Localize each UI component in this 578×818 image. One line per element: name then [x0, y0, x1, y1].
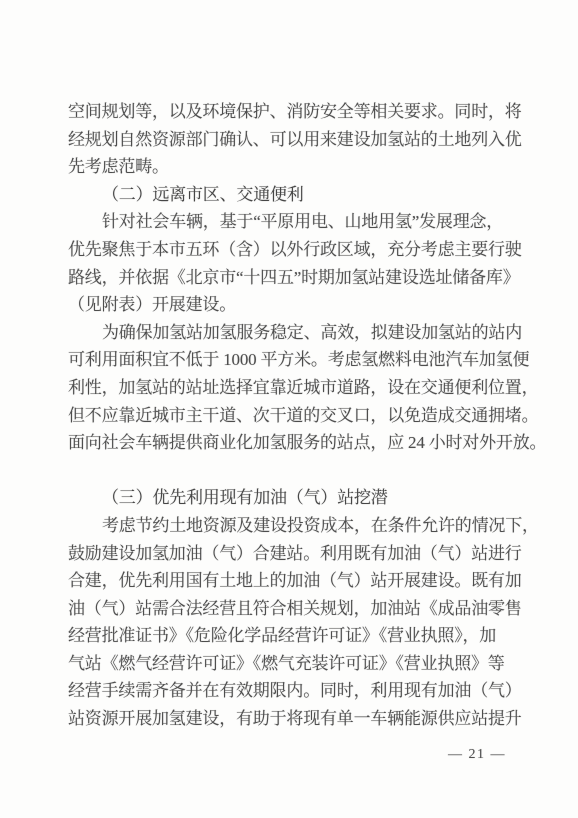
- text-line: 但不应靠近城市主干道、次干道的交叉口，以免造成交通拥堵。: [68, 402, 526, 430]
- text-line: 经规划自然资源部门确认、可以用来建设加氢站的土地列入优: [68, 126, 526, 154]
- text-line: 经营批准证书》《危险化学品经营许可证》《营业执照》，加: [68, 622, 526, 650]
- document-body: 空间规划等，以及环境保护、消防安全等相关要求。同时，将 经规划自然资源部门确认、…: [68, 98, 526, 733]
- text-line: 站资源开展加氢建设，有助于将现有单一车辆能源供应站提升: [68, 705, 526, 733]
- text-line: 经营手续需齐备并在有效期限内。同时，利用现有加油（气）: [68, 677, 526, 705]
- text-line: 油（气）站需合法经营且符合相关规划，加油站《成品油零售: [68, 595, 526, 623]
- text-line: 先考虑范畴。: [68, 153, 526, 181]
- text-line: 空间规划等，以及环境保护、消防安全等相关要求。同时，将: [68, 98, 526, 126]
- text-line: 气站《燃气经营许可证》《燃气充装许可证》《营业执照》等: [68, 650, 526, 678]
- text-line: 面向社会车辆提供商业化加氢服务的站点，应 24 小时对外开放。: [68, 429, 526, 457]
- text-line: 针对社会车辆，基于“平原用电、山地用氢”发展理念，: [68, 208, 526, 236]
- section-heading-3: （三）优先利用现有加油（气）站挖潜: [68, 484, 526, 512]
- text-line: 优先聚焦于本市五环（含）以外行政区域，充分考虑主要行驶: [68, 236, 526, 264]
- text-line: 考虑节约土地资源及建设投资成本，在条件允许的情况下，: [68, 512, 526, 540]
- text-line: 利性，加氢站的站址选择宜靠近城市道路，设在交通便利位置，: [68, 374, 526, 402]
- text-line: 路线，并依据《北京市“十四五”时期加氢站建设选址储备库》: [68, 264, 526, 292]
- text-line: 鼓励建设加氢加油（气）合建站。利用既有加油（气）站进行: [68, 540, 526, 568]
- section-heading-2: （二）远离市区、交通便利: [68, 181, 526, 209]
- text-line: 合建，优先利用国有土地上的加油（气）站开展建设。既有加: [68, 567, 526, 595]
- text-line: （见附表）开展建设。: [68, 291, 526, 319]
- text-line: 可利用面积宜不低于 1000 平方米。考虑氢燃料电池汽车加氢便: [68, 346, 526, 374]
- blank-line: [68, 457, 526, 485]
- text-line: 为确保加氢站加氢服务稳定、高效，拟建设加氢站的站内: [68, 319, 526, 347]
- document-page: 空间规划等，以及环境保护、消防安全等相关要求。同时，将 经规划自然资源部门确认、…: [0, 0, 578, 818]
- page-number: — 21 —: [448, 747, 506, 763]
